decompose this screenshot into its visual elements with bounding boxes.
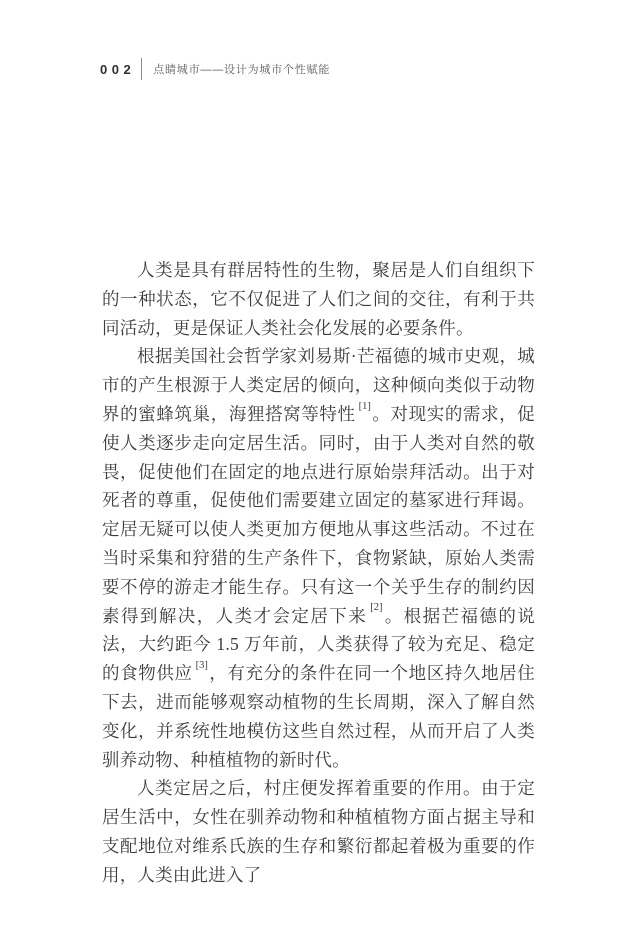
book-title: 点睛城市——设计为城市个性赋能 — [153, 61, 330, 77]
header-divider — [141, 58, 142, 80]
paragraph: 人类是具有群居特性的生物，聚居是人们自组织下的一种状态，它不仅促进了人们之间的交… — [102, 256, 535, 342]
footnote-reference: [2] — [370, 602, 382, 613]
page-number: 002 — [100, 62, 135, 77]
body-text: 人类是具有群居特性的生物，聚居是人们自组织下的一种状态，它不仅促进了人们之间的交… — [102, 256, 535, 890]
book-page: 002 点睛城市——设计为城市个性赋能 人类是具有群居特性的生物，聚居是人们自组… — [0, 0, 634, 929]
running-header: 002 点睛城市——设计为城市个性赋能 — [100, 58, 330, 80]
footnote-reference: [3] — [196, 660, 208, 671]
paragraph: 根据美国社会哲学家刘易斯·芒福德的城市史观，城市的产生根源于人类定居的倾向，这种… — [102, 342, 535, 774]
paragraph: 人类定居之后，村庄便发挥着重要的作用。由于定居生活中，女性在驯养动物和种植植物方… — [102, 774, 535, 889]
footnote-reference: [1] — [359, 401, 371, 412]
